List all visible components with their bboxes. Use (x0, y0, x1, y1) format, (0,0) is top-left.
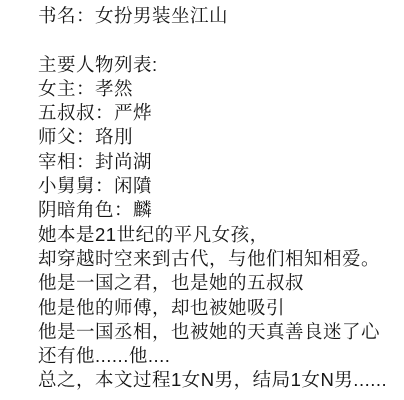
character-entry: 师父：珞刖 (38, 125, 398, 149)
character-entry: 五叔叔：严烨 (38, 101, 398, 125)
character-entry: 宰相：封尚湖 (38, 150, 398, 174)
document-page: 书名：女扮男装坐江山 主要人物列表: 女主：孝然五叔叔：严烨师父：珞刖宰相：封尚… (0, 0, 404, 400)
character-list-header: 主要人物列表: (38, 53, 398, 77)
synopsis-line: 却穿越时空来到古代，与他们相知相爱。 (38, 247, 398, 271)
footer-summary-line: 总之，本文过程1女N男，结局1女N男...... (38, 368, 398, 392)
character-entry: 小舅舅：闲隫 (38, 174, 398, 198)
synopsis-line: 还有他......他.... (38, 344, 398, 368)
synopsis: 她本是21世纪的平凡女孩，却穿越时空来到古代，与他们相知相爱。他是一国之君，也是… (38, 223, 398, 369)
blank-line (38, 28, 398, 52)
character-entry: 阴暗角色：麟 (38, 198, 398, 222)
novel-intro-text: 书名：女扮男装坐江山 主要人物列表: 女主：孝然五叔叔：严烨师父：珞刖宰相：封尚… (38, 4, 398, 393)
character-entry: 女主：孝然 (38, 77, 398, 101)
synopsis-line: 他是他的师傅，却也被她吸引 (38, 296, 398, 320)
synopsis-line: 她本是21世纪的平凡女孩， (38, 223, 398, 247)
synopsis-line: 他是一国丞相，也被她的天真善良迷了心 (38, 320, 398, 344)
book-title: 书名：女扮男装坐江山 (38, 4, 398, 28)
character-list: 女主：孝然五叔叔：严烨师父：珞刖宰相：封尚湖小舅舅：闲隫阴暗角色：麟 (38, 77, 398, 223)
synopsis-line: 他是一国之君，也是她的五叔叔 (38, 271, 398, 295)
